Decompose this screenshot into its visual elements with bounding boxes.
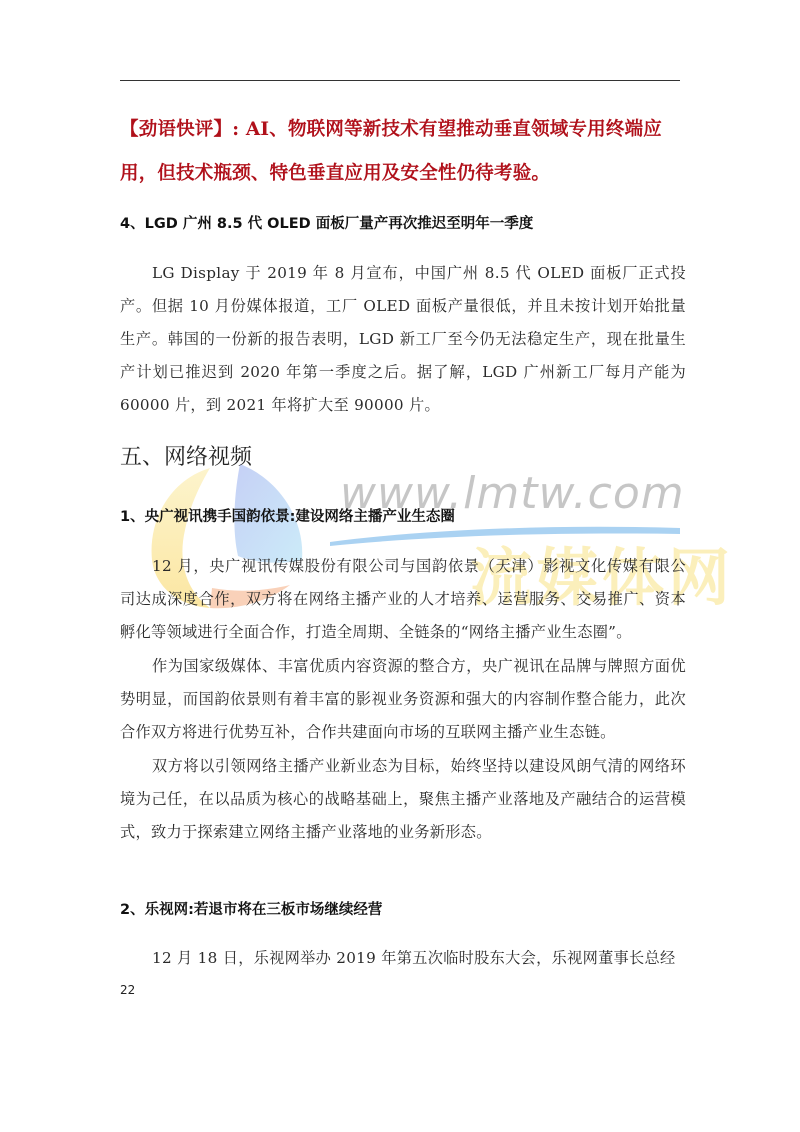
- section-title-network-video: 五、网络视频: [120, 440, 252, 471]
- article-heading-lgd: 4、LGD 广州 8.5 代 OLED 面板厂量产再次推迟至明年一季度: [120, 212, 533, 233]
- header-rule: [120, 80, 680, 81]
- article-heading-letv: 2、乐视网:若退市将在三板市场继续经营: [120, 898, 382, 919]
- article-paragraph-cnr-3: 双方将以引领网络主播产业新业态为目标，始终坚持以建设风朗气清的网络环境为己任，在…: [120, 750, 686, 849]
- commentary-quote: 【劲语快评】: AI、物联网等新技术有望推动垂直领域专用终端应用，但技术瓶颈、特…: [120, 108, 692, 196]
- article-paragraph-cnr-2: 作为国家级媒体、丰富优质内容资源的整合方，央广视讯在品牌与牌照方面优势明显，而国…: [120, 650, 686, 749]
- article-heading-cnr: 1、央广视讯携手国韵依景:建设网络主播产业生态圈: [120, 505, 455, 526]
- document-page: www.lmtw.com 流媒体网 【劲语快评】: AI、物联网等新技术有望推动…: [0, 0, 800, 1132]
- article-paragraph-lgd: LG Display 于 2019 年 8 月宣布，中国广州 8.5 代 OLE…: [120, 257, 686, 422]
- page-number: 22: [120, 983, 135, 997]
- article-paragraph-cnr-1: 12 月，央广视讯传媒股份有限公司与国韵依景（天津）影视文化传媒有限公司达成深度…: [120, 550, 686, 649]
- article-paragraph-letv: 12 月 18 日，乐视网举办 2019 年第五次临时股东大会，乐视网董事长总经: [120, 942, 686, 975]
